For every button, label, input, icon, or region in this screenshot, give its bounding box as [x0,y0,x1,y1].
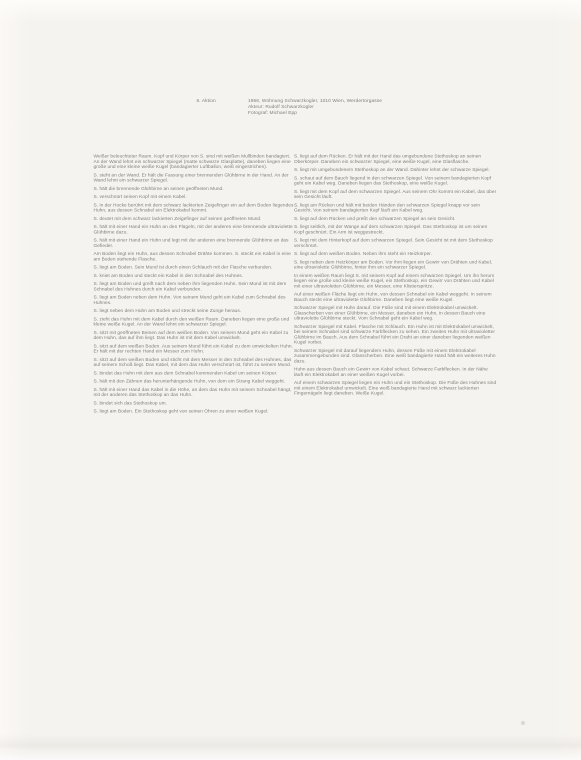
paragraph: S. liegt mit dem Hinterkopf auf dem schw… [294,238,498,249]
paragraph: S. kniet am Boden und steckt ein Kabel i… [94,273,296,278]
paragraph: In einem weißen Raum liegt S. mit seinem… [294,273,498,289]
paragraph: S. hält mit einer Hand das Kabel in die … [94,387,296,398]
paragraph: S. hält mit einer Hand ein Huhn und legt… [94,238,296,249]
paragraph: S. verschnürt seinen Kopf mit einem Kabe… [94,195,296,200]
paragraph: S. liegt auf dem weißen Boden. Neben ihm… [294,252,498,257]
paragraph: S. in der Hocke berührt mit dem schwarz … [94,203,296,214]
paragraph: S. hält die brennende Glühbirne an seine… [94,186,296,191]
paragraph: S. steht an der Wand. Er hält die Fassun… [94,173,296,184]
action-number-label: 6. Aktion [197,98,216,104]
paragraph: S. hält mit einer Hand ein Huhn an den F… [94,225,296,236]
paragraph: S. sitzt auf dem weißen Boden und sticht… [94,357,296,368]
paragraph: S. liegt auf dem Rücken. Er hält mit der… [294,154,498,165]
page-content: 6. Aktion 1966, Wohnung Schwarzkogler, 1… [0,0,581,760]
paragraph: Weißer beleuchteter Raum. Kopf und Körpe… [94,154,296,170]
paragraph: S. deutet mit dem schwarz lackierten Zei… [94,216,296,221]
paragraph: S. liegt mit dem Kopf auf dem schwarzen … [294,189,498,200]
credits-block: 1966, Wohnung Schwarzkogler, 1010 Wien, … [248,98,382,116]
paragraph: S. zieht das Huhn mit dem Kabel durch de… [94,317,296,328]
paragraph: S. sitzt auf dem weißen Boden. Aus seine… [94,344,296,355]
paragraph: S. liegt mit umgebundenem Stethoskop an … [294,168,498,173]
paragraph: Schwarzer Spiegel mit Kabel. Flasche mit… [294,324,498,345]
paragraph: Huhn aus dessen Bauch ein Gewirr von Kab… [294,367,498,378]
text-column-left: Weißer beleuchteter Raum. Kopf und Körpe… [94,154,296,417]
paragraph: Schwarzer Spiegel mit darauf liegendem H… [294,348,498,364]
paragraph: S. liegt neben dem Huhn am Boden und str… [94,309,296,314]
paragraph: Am Boden liegt ein Huhn, aus dessen Schn… [94,252,296,263]
paragraph: Auf einem schwarzen Spiegel liegen ein H… [294,381,498,397]
paragraph: S. liegt seitlich, mit der Wange auf dem… [294,225,498,236]
paragraph: S. liegt am Boden. Ein Stethoskop geht v… [94,409,296,414]
paragraph: Schwarzer Spiegel mit Huhn darauf. Die F… [294,306,498,322]
paragraph: Auf einer weißen Fläche liegt ein Huhn, … [294,292,498,303]
paragraph: S. sitzt mit geöffneten Beinen auf dem w… [94,330,296,341]
scanned-page: 6. Aktion 1966, Wohnung Schwarzkogler, 1… [0,0,581,760]
paragraph: S. liegt am Rücken und hält mit beiden H… [294,203,498,214]
paragraph: S. hält mit den Zähnen das herunterhänge… [94,379,296,384]
paragraph: S. liegt am Boden. Sein Mund ist durch e… [94,265,296,270]
text-column-right: S. liegt auf dem Rücken. Er hält mit der… [294,154,498,399]
paragraph: S. bindet das Huhn mit dem aus dem Schna… [94,371,296,376]
paragraph: S. liegt neben dem Heizkörper am Boden. … [294,260,498,271]
paragraph: S. liegt am Boden und greift nach dem ne… [94,282,296,293]
print-speck [521,721,525,725]
paragraph: S. schaut auf dem Bauch liegend in den s… [294,176,498,187]
credit-line-photographer: Fotograf: Michael Epp [248,110,382,116]
paragraph: S. liegt auf dem Rücken und preßt den sc… [294,216,498,221]
paragraph: S. liegt am Boden neben dem Huhn. Von se… [94,295,296,306]
paragraph: S. bindet sich das Stethoskop um. [94,401,296,406]
